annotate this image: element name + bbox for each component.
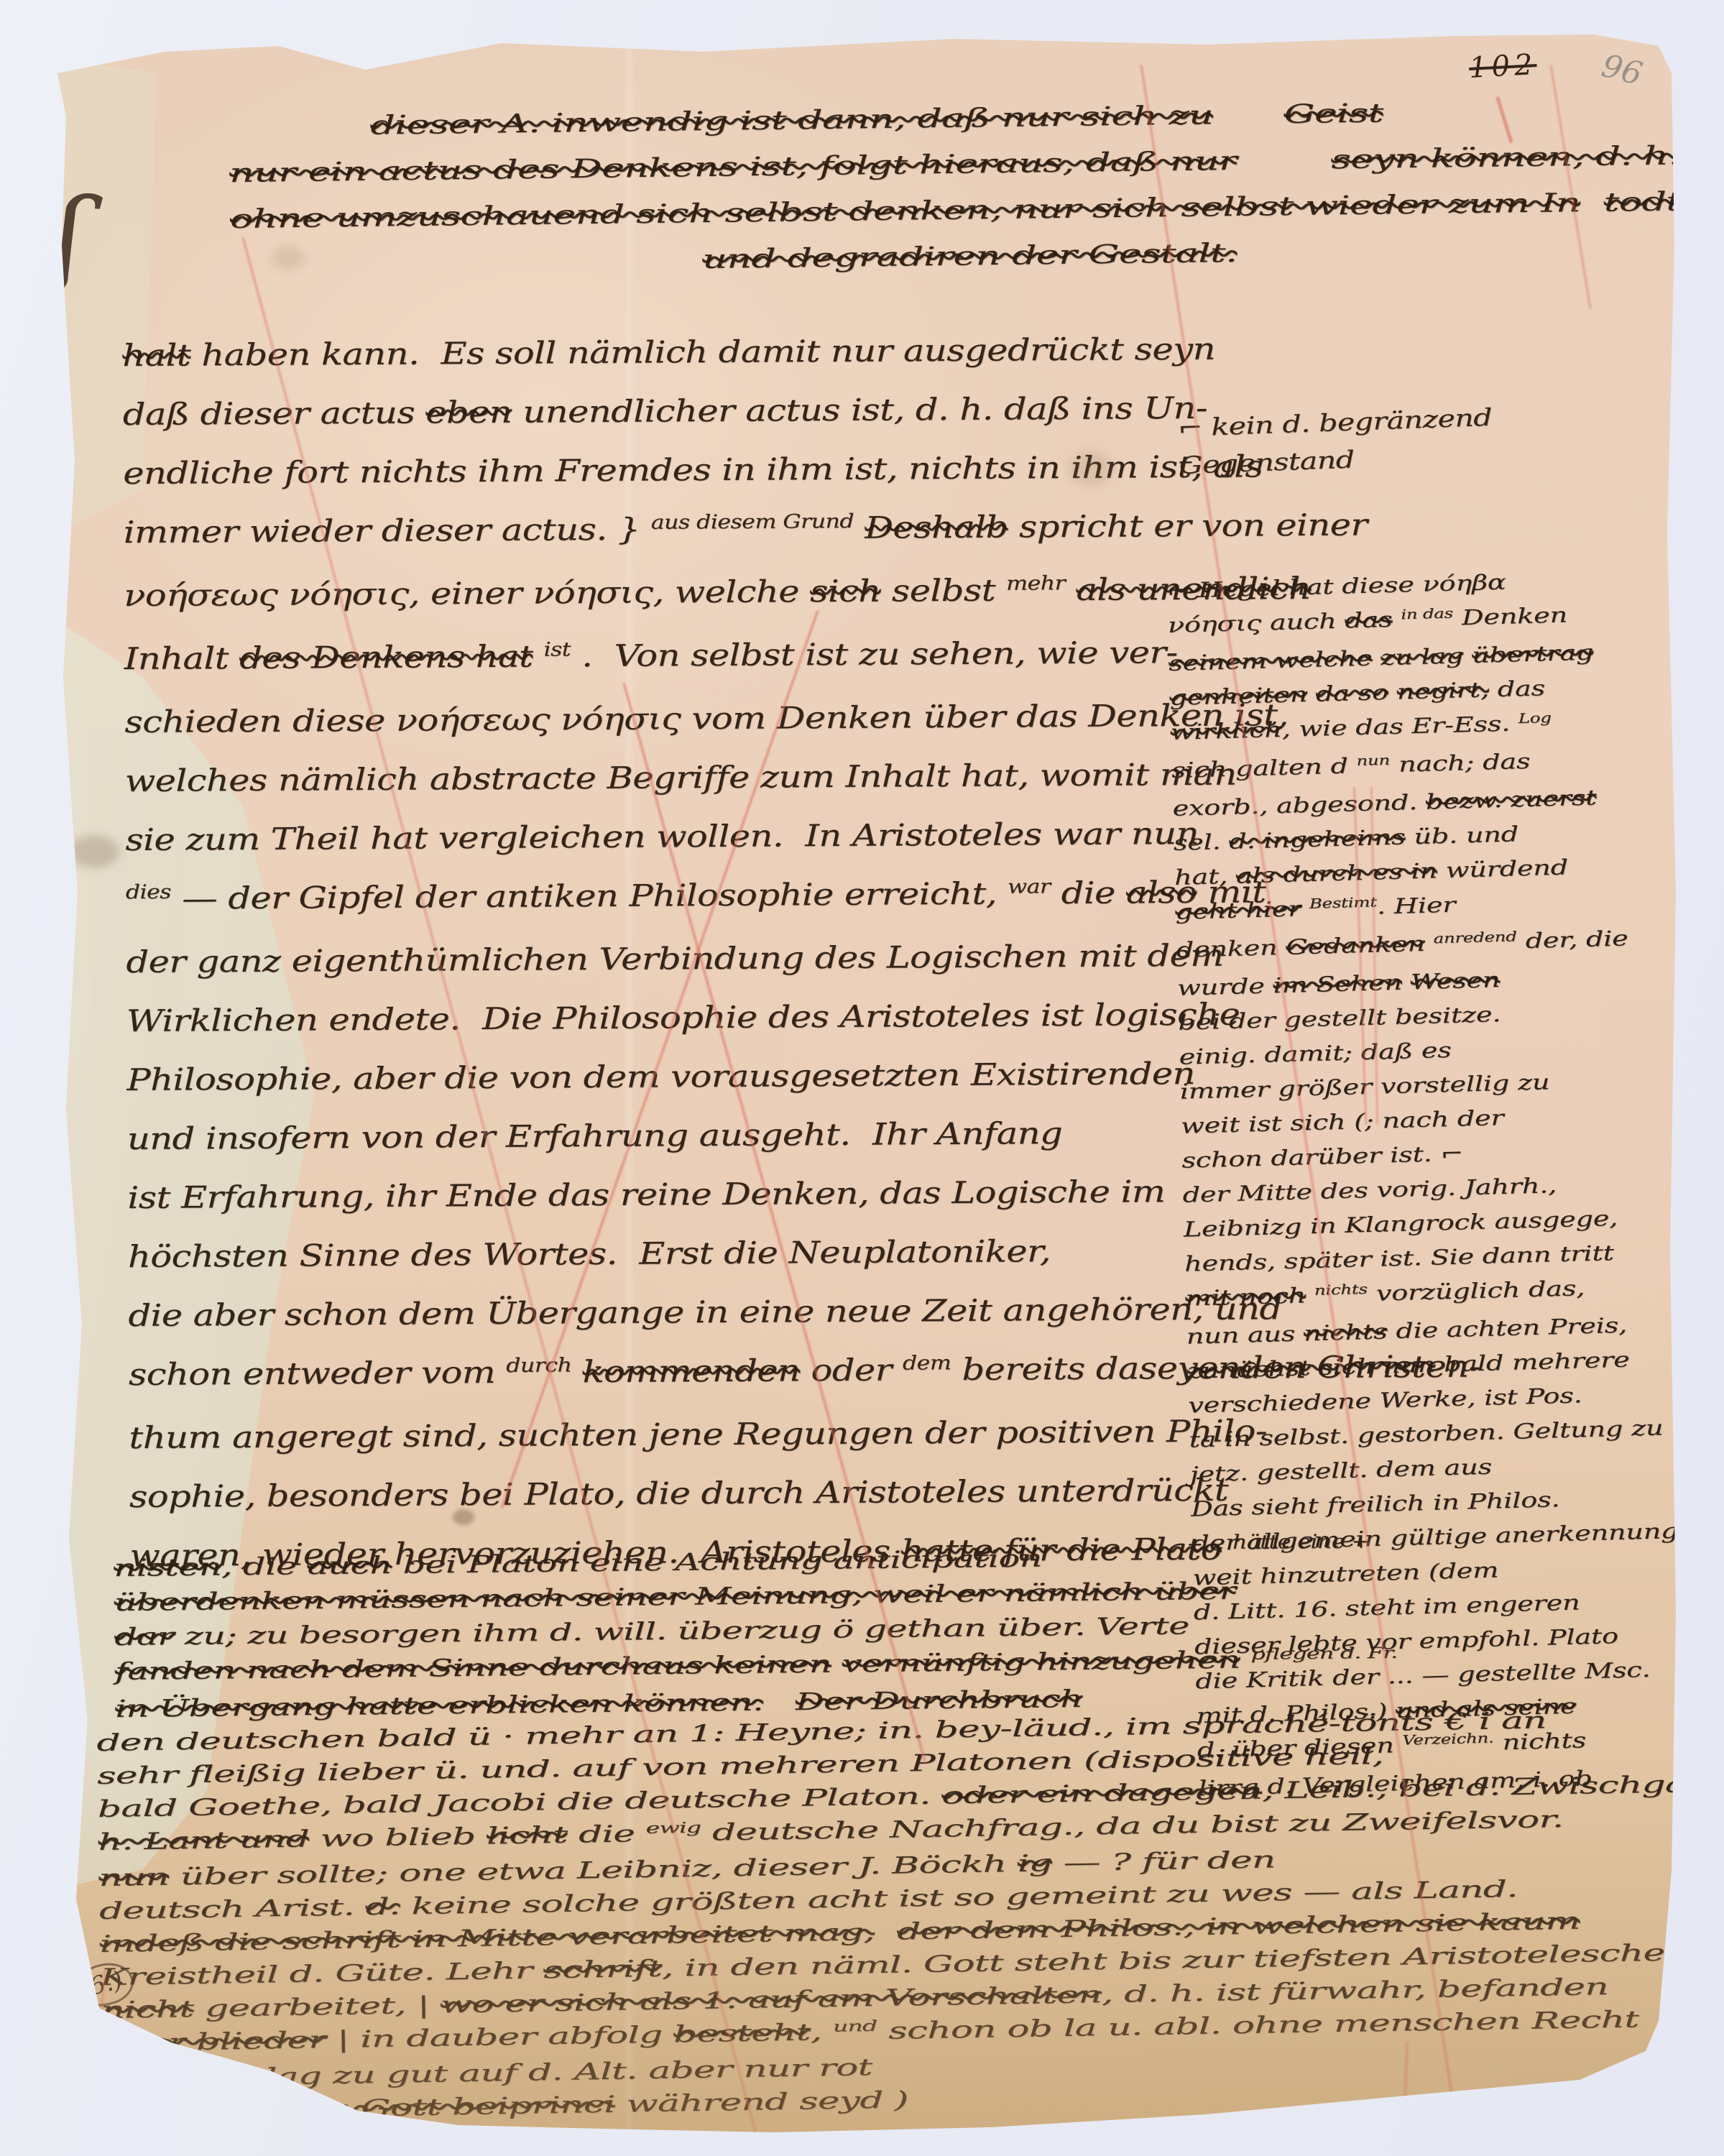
page-number-pencil: 96 — [1598, 47, 1646, 93]
margin-annotations-block: ⌐ Hegel hat diese νόηβανόησις auch das i… — [1166, 561, 1685, 1805]
page-number-struck: 102 — [1468, 48, 1538, 85]
manuscript-page: 102 96 ʃ 6.) dieser A. inwendig ist dann… — [56, 30, 1677, 2132]
margin-note-header: ⌐ kein d. begränzendGegenstand — [1177, 399, 1494, 484]
top-revision-block: dieser A. inwendig ist dann, daß nur sic… — [229, 83, 1724, 289]
stain-left-edge — [69, 835, 119, 868]
scan-background: 102 96 ʃ 6.) dieser A. inwendig ist dann… — [0, 0, 1724, 2156]
ink-flourish-mark: ʃ — [50, 174, 88, 300]
